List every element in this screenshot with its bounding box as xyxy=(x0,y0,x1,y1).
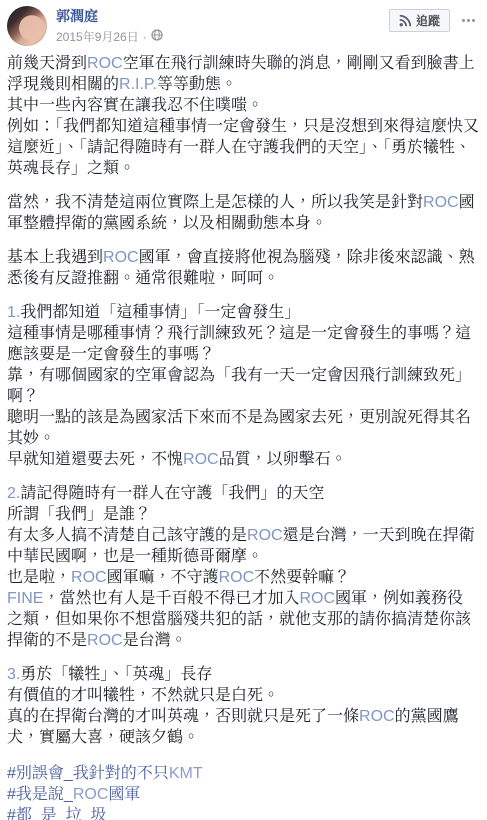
header-actions: 追蹤 xyxy=(389,6,481,32)
latin-token: ROC xyxy=(359,708,395,725)
latin-token: 2. xyxy=(7,485,20,502)
post-paragraph: 前幾天滑到ROC空軍在飛行訓練時失聯的消息，剛剛又看到臉書上浮現幾則相關的R.I… xyxy=(7,53,479,179)
latin-token: ROC xyxy=(299,590,335,607)
latin-token: KMT xyxy=(169,765,203,782)
more-options-button[interactable] xyxy=(460,9,477,32)
latin-token: R.I.P. xyxy=(119,76,157,93)
post-body: 前幾天滑到ROC空軍在飛行訓練時失聯的消息，剛剛又看到臉書上浮現幾則相關的R.I… xyxy=(0,51,487,748)
post-subline: 2015年9月26日 · xyxy=(56,28,389,45)
latin-token: ROC xyxy=(71,569,107,586)
globe-icon xyxy=(151,29,163,45)
post-header: 郭潤庭 2015年9月26日 · xyxy=(0,0,487,51)
latin-token: ROC xyxy=(73,786,109,803)
hashtag-block: #別誤會_我針對的不只KMT#我是說_ROC國軍#都_是_垃_圾 xyxy=(0,761,487,820)
post-date[interactable]: 2015年9月26日 xyxy=(56,29,139,45)
rss-icon xyxy=(399,15,411,27)
follow-button[interactable]: 追蹤 xyxy=(389,9,450,32)
hashtag-link[interactable]: #都_是_垃_圾 xyxy=(7,805,479,820)
follow-label: 追蹤 xyxy=(416,12,440,29)
date-separator: · xyxy=(143,29,147,45)
latin-token: 1. xyxy=(7,304,20,321)
latin-token: ROC xyxy=(87,55,123,72)
latin-token: 3. xyxy=(7,666,20,683)
latin-token: ROC xyxy=(423,194,459,211)
latin-token: ROC xyxy=(87,632,123,649)
avatar[interactable] xyxy=(7,6,47,46)
latin-token: FINE xyxy=(7,590,43,607)
hashtag-link[interactable]: #我是說_ROC國軍 xyxy=(7,784,479,805)
latin-token: ROC xyxy=(103,249,139,266)
latin-token: ROC xyxy=(219,569,255,586)
header-meta: 郭潤庭 2015年9月26日 · xyxy=(56,6,389,45)
facebook-post-card: 郭潤庭 2015年9月26日 · xyxy=(0,0,487,820)
latin-token: ROC xyxy=(183,451,219,468)
post-paragraph: 3.勇於「犧牲」、「英魂」長存有價值的才叫犧牲，不然就只是白死。真的在捍衛台灣的… xyxy=(7,664,479,748)
post-paragraph: 1.我們都知道「這種事情」「一定會發生」這種事情是哪種事情？飛行訓練致死？這是一… xyxy=(7,302,479,470)
hashtag-link[interactable]: #別誤會_我針對的不只KMT xyxy=(7,763,479,784)
user-name-link[interactable]: 郭潤庭 xyxy=(56,7,98,25)
post-paragraph: 2.請記得隨時有一群人在守護「我們」的天空所謂「我們」是誰？有太多人搞不清楚自己… xyxy=(7,483,479,651)
ellipsis-icon xyxy=(462,19,475,22)
post-paragraph: 基本上我遇到ROC國軍，會直接將他視為腦殘，除非後來認識、熟悉後有反證推翻。通常… xyxy=(7,247,479,289)
latin-token: ROC xyxy=(247,527,283,544)
post-paragraph: 當然，我不清楚這兩位實際上是怎樣的人，所以我笑是針對ROC國軍整體捍衛的黨國系統… xyxy=(7,192,479,234)
